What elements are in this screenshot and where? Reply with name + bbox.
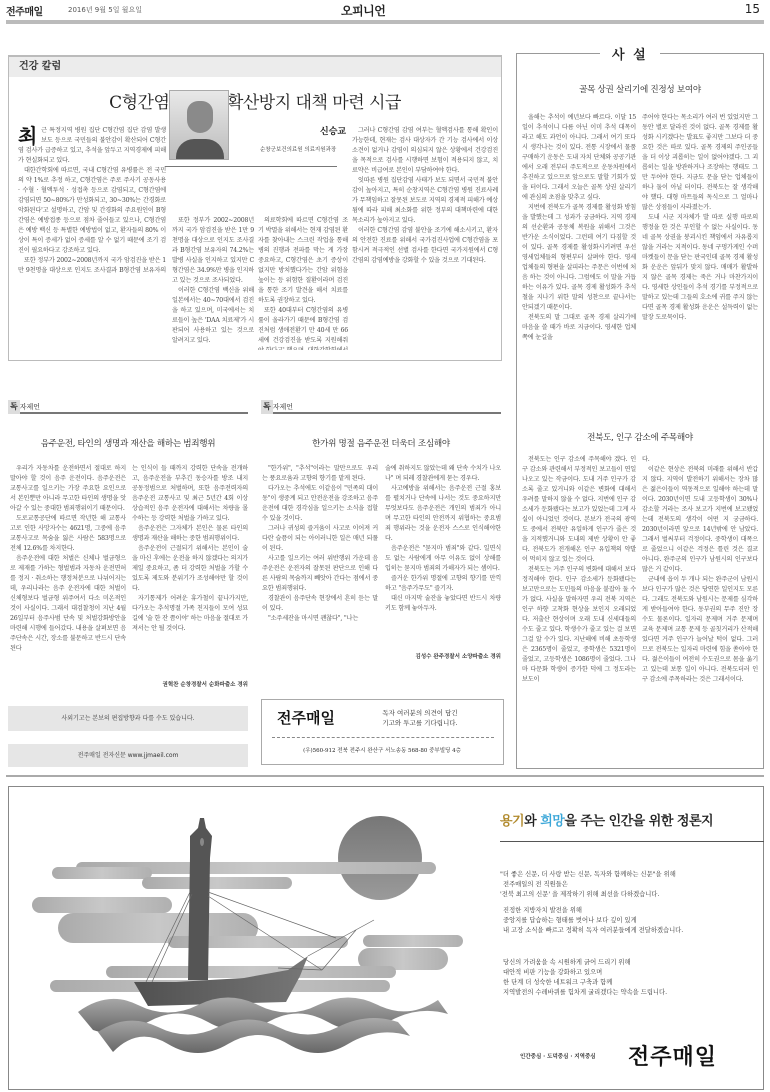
health-col-1: 최 근 특정지역 병원 집단 C형간염 집단 감염 발생 보도 등으로 국민들의… [18, 126, 166, 276]
ad-slogan-rule [500, 841, 764, 842]
author-name: 신승교 [320, 124, 346, 137]
editorial-title-1: 골목 상권 살리기에 진정성 보여야 [520, 83, 760, 95]
submission-box-divider [272, 737, 494, 738]
paper-name: 전주매일 [6, 3, 43, 18]
byline-rule [165, 166, 337, 167]
health-col-2b: 의료학회에 따르면 C형간염 조기 박멸을 위해서는 현재 감염된 환자를 찾아… [258, 216, 348, 350]
reader-letter-1-col-2: 는 인식이 들 때까지 강력한 단속을 전개하고, 음주운전을 부추긴 동승자를… [132, 464, 248, 634]
submission-box-address: (우)560-912 전북 전주시 완산구 서노송동 568-80 중부빌딩 4… [262, 746, 502, 754]
author-photo [169, 90, 229, 160]
section-title: 오피니언 [341, 2, 385, 19]
ad-top-rule [6, 775, 764, 777]
reader-letter-header-1: 독자제언 [8, 400, 248, 414]
reader-letter-1-author: 권혁찬 순창경찰서 순화파출소 경위 [132, 680, 248, 688]
page-number: 15 [745, 2, 760, 16]
ad-copy-1: "더 좋은 신문, 더 사랑 받는 신문, 독자와 함께하는 신문"을 위해 전… [500, 870, 760, 900]
masthead: 전주매일 2016년 9월 5일 월요일 오피니언 15 [6, 0, 764, 22]
column-label: 건강 칼럼 [9, 57, 501, 77]
epaper-link[interactable]: 전주매일 전자신문 www.jjmaeil.com [8, 744, 248, 767]
editorial-2-col-1: 전북도는 인구 감소에 주목해야 겠다. 인구 감소와 관련해서 부정적인 보고… [522, 455, 636, 685]
article-title: C형간염 불안감 확산방지 대책 마련 시급 [9, 88, 501, 113]
ad-logo: 전주매일 [628, 1040, 717, 1071]
reader-letter-title-1: 음주운전, 타인의 생명과 재산을 해하는 범죄행위 [8, 437, 248, 449]
health-col-2a: 또한 정부가 2002~2008년까지 국가 암검진을 받은 1만 9천명을 대… [172, 216, 254, 346]
submission-box-message: 독자 여러분의 의견이 담긴 기고와 투고를 기다립니다. [370, 708, 470, 728]
editorial-1-col-2: 주어야 한다는 목소리가 여러 번 있었지만 그동안 별로 달라진 것이 없다.… [642, 113, 758, 323]
ad-copy-2: 진정한 지방자치 발전을 위해 중앙지를 답습하는 형태를 벗어나 보다 깊이 … [503, 906, 763, 936]
editorial-label: 사 설 [600, 44, 660, 63]
editorial-title-2: 전북도, 인구 감소에 주목해야 [520, 431, 760, 443]
ad-motto: 인간중심 · 도덕중심 · 지역중심 [520, 1052, 596, 1060]
reader-letter-1-col-1: 우리가 자동차를 운전하면서 절대로 하지 말아야 할 것이 음주 운전이다. … [10, 464, 126, 654]
submission-box-logo: 전주매일 [277, 707, 335, 728]
disclaimer-notice: 사외기고는 본보의 편집방향과 다를 수도 있습니다. [8, 706, 248, 731]
drop-cap: 최 [18, 126, 37, 146]
reader-letter-header-2: 독자제언 [261, 400, 501, 414]
reader-letter-2-col-1: "한가위", "추석"이라는 말만으로도 우리는 풍요로움과 고향의 향기를 맡… [262, 464, 378, 624]
author-role: 순창군보건의료원 의료지원과장 [260, 145, 336, 153]
ad-slogan: 용기와 희망을 주는 인간을 위한 정론지 [500, 810, 713, 829]
reader-letter-title-2: 한가위 명절 음주운전 더욱더 조심해야 [261, 437, 501, 449]
health-col-3: 그러나 C형간염 감염 여부는 혈액검사를 통해 확인이 가능한데, 현재는 검… [352, 126, 498, 266]
masthead-rule [6, 20, 764, 24]
editorial-1-col-1: 올해는 추석이 예년보다 빠르다. 이달 15일이 추석이니 다름 아닌 이미 … [522, 113, 636, 343]
issue-date: 2016년 9월 5일 월요일 [68, 5, 142, 15]
ad-copy-3: 당신의 가려움을 속 시원하게 긁어 드리기 위해 대안적 비판 기능을 강화하… [503, 958, 763, 998]
editorial-2-col-2: 다. 이같은 현상은 전북의 미래를 위해서 반갑지 않다. 지역이 발전하기 … [642, 455, 758, 685]
reader-letter-2-col-2: 술에 취하지도 않았는데 왜 단속 수치가 나오나" 며 되레 경찰관에게 묻는… [385, 464, 501, 614]
sailboat-illustration [18, 800, 478, 1070]
reader-letter-2-author: 김성수 완주경찰서 소양파출소 경위 [385, 652, 501, 660]
